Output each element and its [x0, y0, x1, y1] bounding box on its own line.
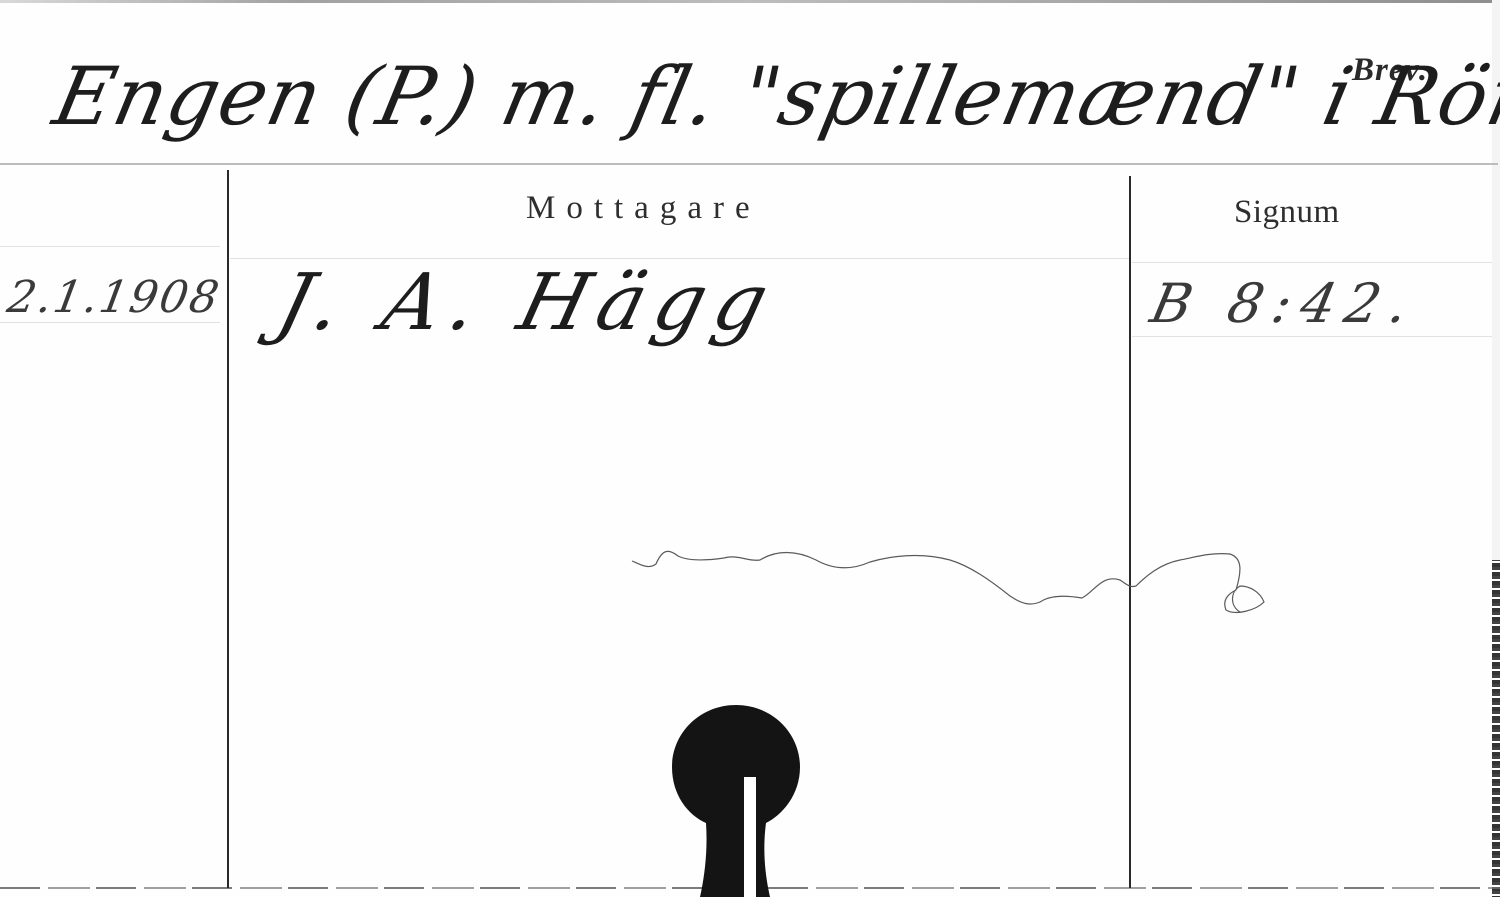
punch-hole — [670, 703, 802, 897]
column-header-recipient: Mottagare — [526, 190, 761, 227]
catalog-card: Brev. Mottagare Signum Engen (P.) m. fl.… — [0, 0, 1500, 897]
column-divider-date — [227, 170, 229, 888]
entry-recipient: J. A. Hägg — [269, 258, 787, 348]
signum-row-rule-top — [1132, 262, 1492, 263]
signum-row-rule-bottom — [1132, 336, 1492, 337]
date-row-rule-top — [0, 246, 220, 247]
card-top-edge — [0, 0, 1500, 3]
stray-thread — [620, 540, 1280, 630]
card-title-handwritten: Engen (P.) m. fl. "spillemænd" i Röros — [46, 50, 1500, 143]
column-divider-signum — [1129, 176, 1131, 888]
column-header-signum: Signum — [1234, 194, 1340, 231]
title-rule — [0, 163, 1498, 165]
entry-date: 2.1.1908 — [4, 272, 225, 323]
entry-signum: B 8:42. — [1145, 272, 1424, 335]
